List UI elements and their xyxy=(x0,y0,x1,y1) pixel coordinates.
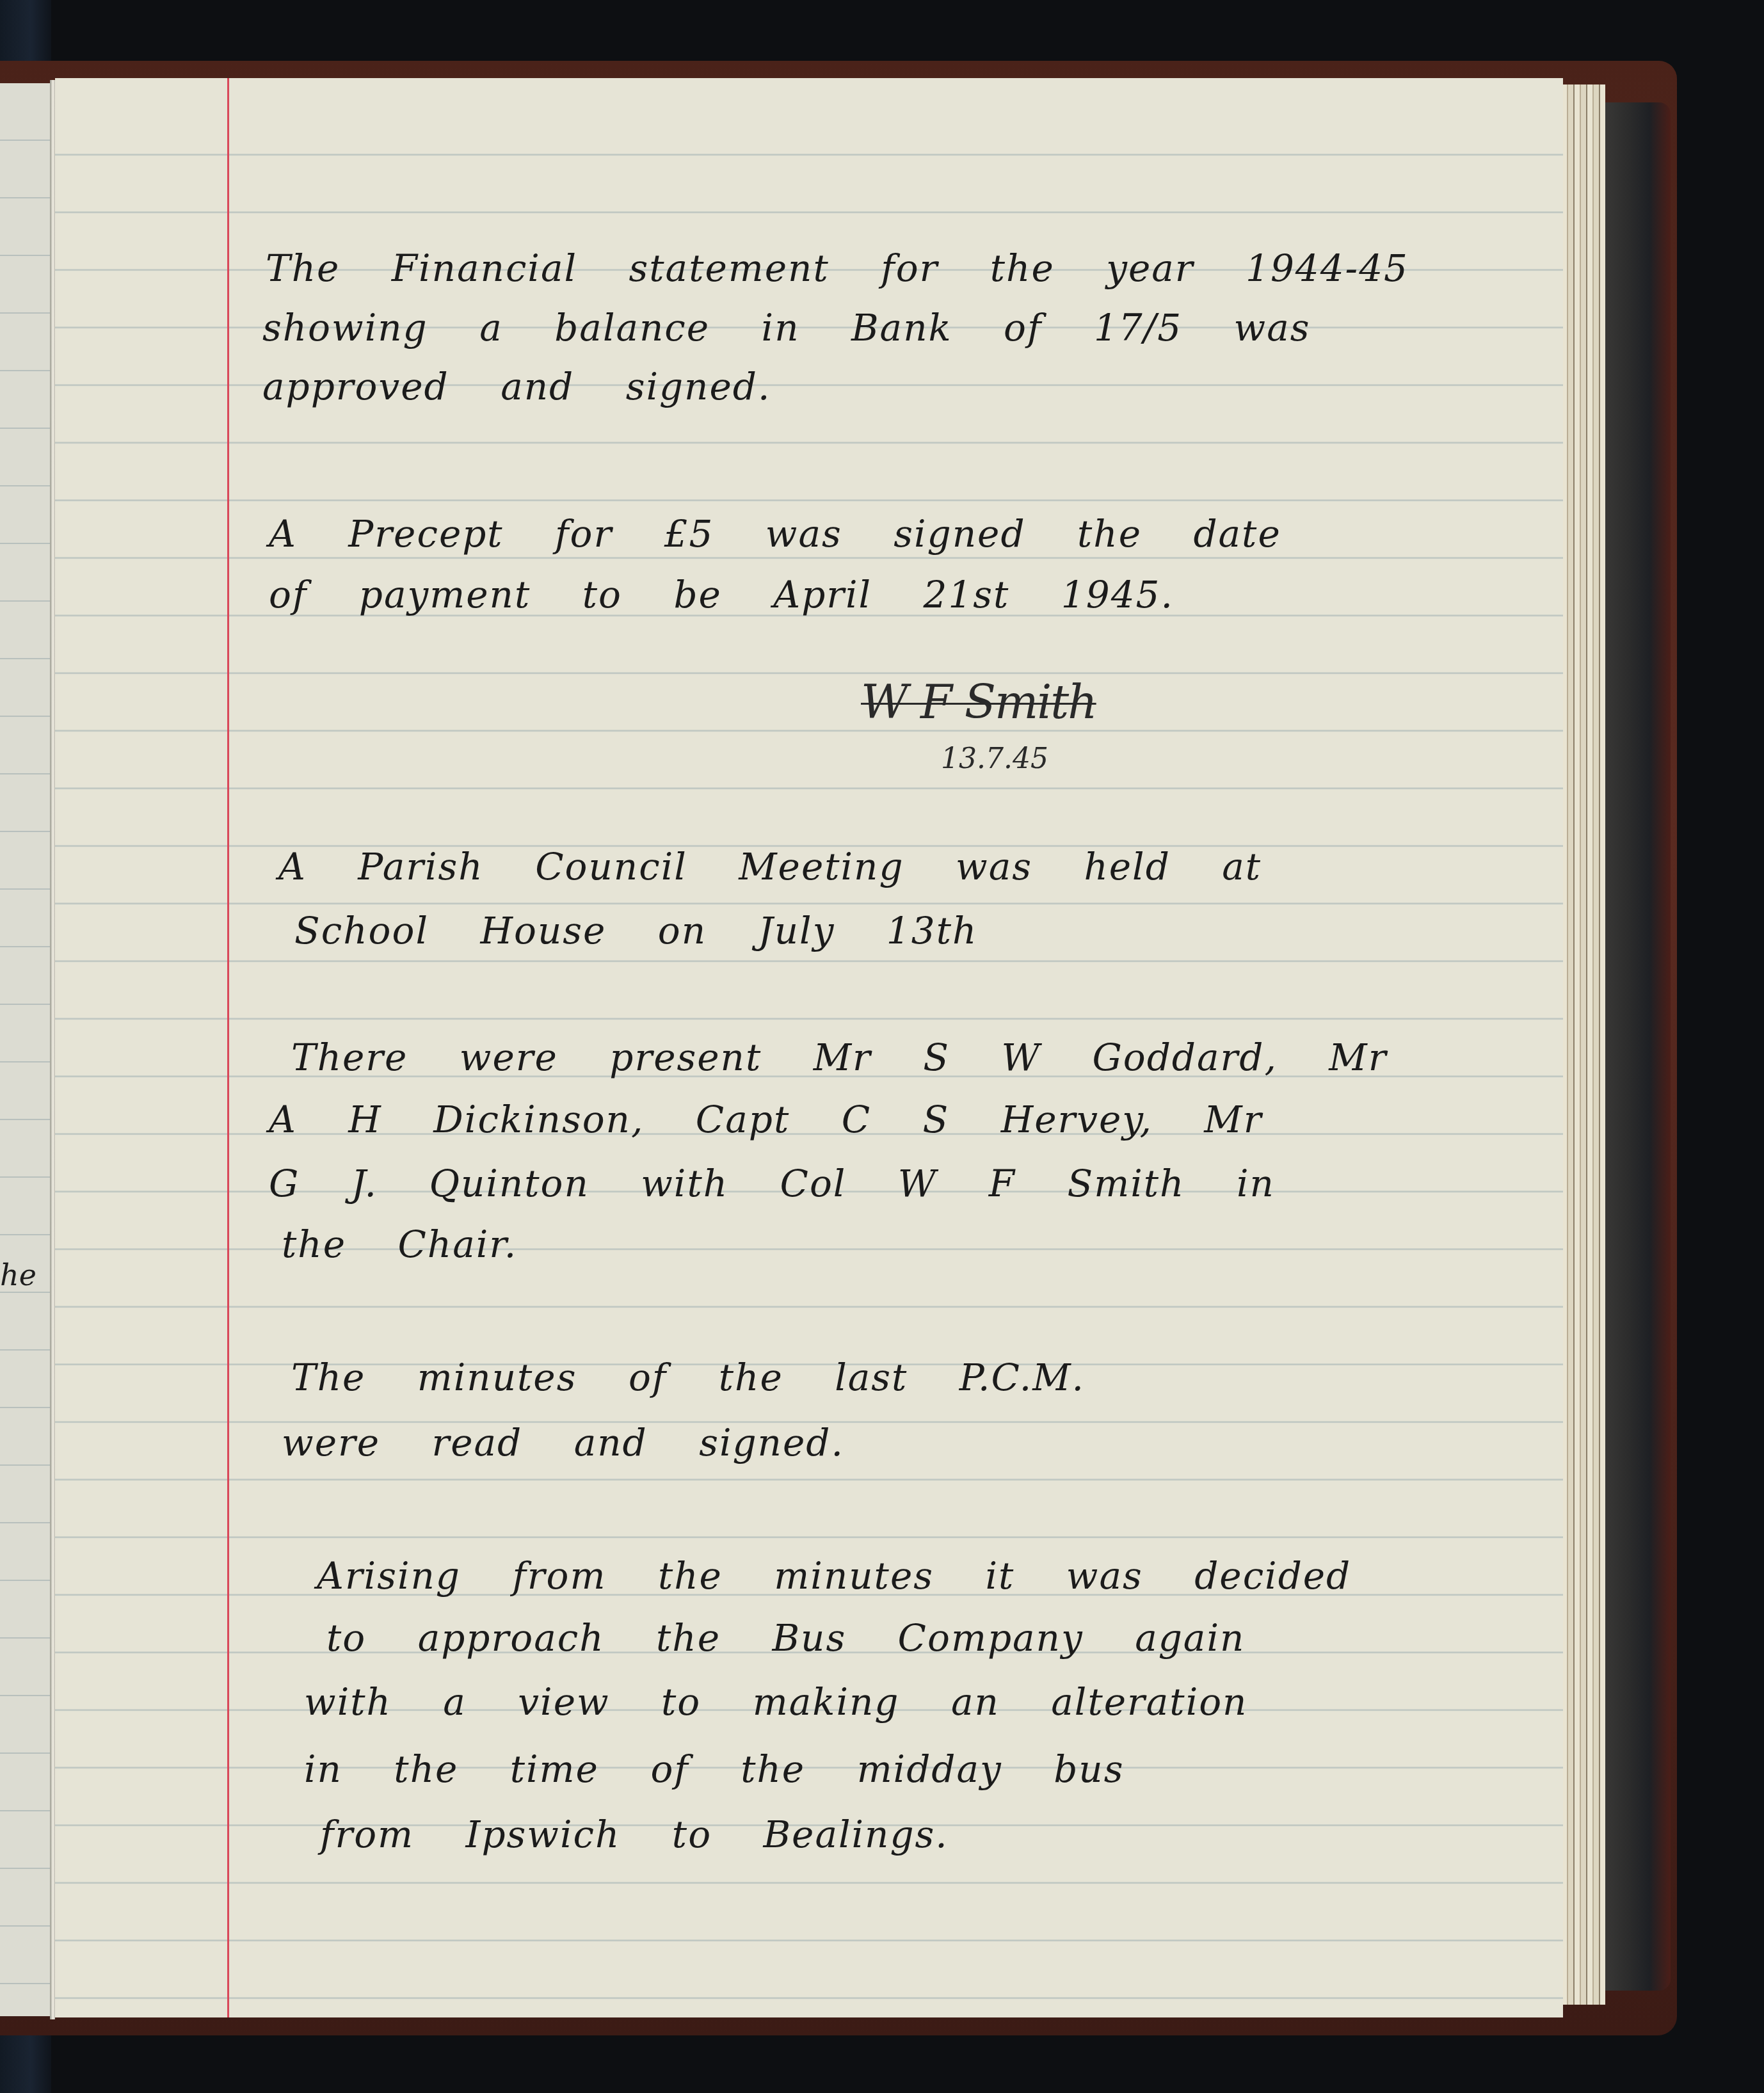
text-line: showing a balance in Bank of 17/5 was xyxy=(262,306,1311,349)
text-line: G J. Quinton with Col W F Smith in xyxy=(269,1162,1275,1205)
text-line: A H Dickinson, Capt C S Hervey, Mr xyxy=(269,1098,1262,1141)
text-line: There were present Mr S W Goddard, Mr xyxy=(291,1036,1387,1079)
text-line: were read and signed. xyxy=(282,1421,844,1464)
text-line: A Parish Council Meeting was held at xyxy=(278,845,1262,888)
text-line: A Precept for £5 was signed the date xyxy=(269,512,1281,556)
book-cover-edge xyxy=(1600,102,1671,1991)
text-line: the Chair. xyxy=(282,1223,517,1266)
text-line: with a view to making an alteration xyxy=(304,1680,1247,1724)
text-line: The minutes of the last P.C.M. xyxy=(291,1356,1085,1399)
text-line: School House on July 13th xyxy=(294,909,977,952)
text-line: The Financial statement for the year 194… xyxy=(266,246,1409,290)
book-gutter xyxy=(50,80,55,2019)
text-line: of payment to be April 21st 1945. xyxy=(269,573,1174,616)
left-page: he xyxy=(0,83,52,2016)
red-margin-line xyxy=(227,78,229,2017)
page-stack-edge xyxy=(1562,84,1605,2005)
text-line: to approach the Bus Company again xyxy=(326,1616,1245,1660)
signature: W F Smith xyxy=(861,675,1096,729)
left-page-text-fragment: he xyxy=(0,1258,36,1292)
text-line: from Ipswich to Bealings. xyxy=(320,1813,949,1856)
signature-date: 13.7.45 xyxy=(941,742,1048,775)
text-line: Arising from the minutes it was decided xyxy=(317,1554,1351,1598)
text-line: in the time of the midday bus xyxy=(304,1747,1124,1791)
text-line: approved and signed. xyxy=(262,365,771,408)
